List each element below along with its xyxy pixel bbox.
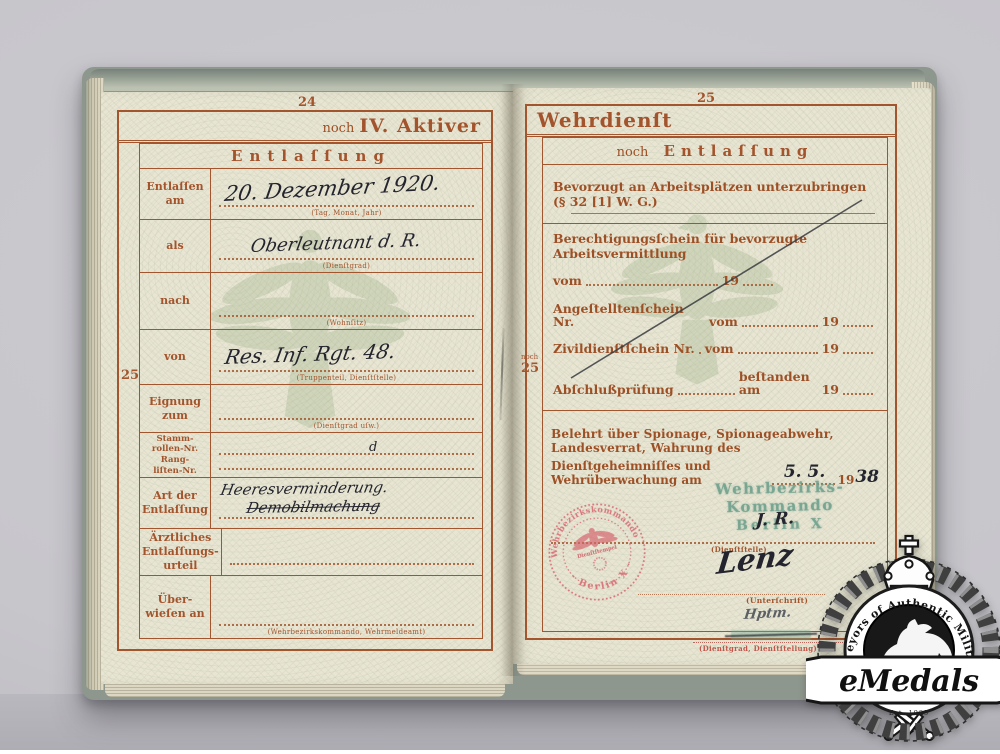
page-number-left: 24 — [101, 95, 513, 110]
row-sublabel: (Tag, Monat, Jahr) — [211, 209, 482, 217]
dotted-line — [219, 205, 474, 207]
field-row-vom: vom 19 — [553, 274, 877, 288]
dotted-leader — [586, 284, 718, 286]
emedals-watermark: Purveyors of Authentic Militaria eMedals… — [806, 534, 1000, 750]
logo-brand: eMedals — [839, 664, 979, 699]
table-row-ueberwiesen-an: Über- wieſen an (Wehrbezirkskommando, We… — [140, 575, 482, 638]
banner-ribbon: eMedals — [806, 657, 1000, 703]
svg-text:· Berlin X ·: · Berlin X · — [567, 557, 641, 599]
dotted-leader — [678, 393, 735, 395]
dotted-leader — [743, 284, 773, 286]
dotted-leader — [843, 325, 873, 327]
table-row-aerztliches-urteil: Ärztliches Entlaſſungs- urteil — [140, 528, 482, 575]
left-header-band: noch IV. Aktiver — [119, 112, 491, 143]
dotted-leader — [843, 352, 873, 354]
dotted-line — [219, 370, 474, 372]
dotted-line — [219, 453, 474, 455]
intro-line: Bevorzugt an Arbeitsplätzen unterzubring… — [553, 179, 881, 209]
row-label: Art der Entlaſſung — [140, 478, 211, 528]
header-title: IV. Aktiver — [359, 115, 481, 137]
row-label: nach — [140, 273, 211, 329]
row-label: Über- wieſen an — [140, 576, 211, 638]
table-row-als: als Oberleutnant d. R. (Dienſtgrad) — [140, 219, 482, 272]
row-sublabel: (Dienſtgrad) — [211, 262, 482, 270]
handwritten-entry: Heeresverminderung. — [219, 478, 390, 499]
table-row-nach: nach (Wohnſitz) — [140, 272, 482, 329]
field-row-angestelltenschein: Angeſtelltenſchein Nr. vom 19 — [553, 302, 877, 330]
belehrt-line1: Belehrt über Spionage, Spionageabwehr, L… — [551, 427, 883, 455]
table-row-art-der-entlassung: Art der Entlaſſung Heeresverminderung. D… — [140, 477, 482, 528]
cert-heading: Berechtigungsſchein für bevorzugte Arbei… — [553, 231, 877, 261]
left-page-frame: noch IV. Aktiver Entlaſſung Entlaſſen am… — [117, 110, 493, 651]
unterschrift-label: (Unterſchrift) — [746, 596, 808, 605]
dotted-line — [219, 517, 474, 519]
section-title-band: noch Entlaſſung — [543, 138, 887, 165]
row-label: von — [140, 330, 211, 384]
initials-handwriting: J. R. — [755, 508, 795, 531]
stamp-fragment-struck — [731, 630, 811, 640]
dotted-leader — [699, 352, 701, 354]
dotted-line — [638, 594, 825, 595]
dotted-leader — [738, 352, 818, 354]
red-stamp-ring-bottom: · Berlin X · — [567, 557, 641, 599]
logo-established: Est. 1985 — [889, 709, 929, 717]
rule-line — [571, 213, 875, 214]
cell-bevorzugt: Bevorzugt an Arbeitsplätzen unterzubring… — [543, 165, 887, 223]
field-row-abschlussprufung: Abſchlußprüfung beſtanden am 19 — [553, 370, 877, 398]
dienstgrad-label: (Dienſtgrad, Dienſtſtellung) — [699, 644, 817, 653]
row-sublabel: (Truppenteil, Dienſtſtelle) — [211, 374, 482, 382]
table-row-entlassen-am: Entlaſſen am 20. Dezember 1920. (Tag, Mo… — [140, 168, 482, 219]
row-sublabel: (Dienſtgrad uſw.) — [211, 422, 482, 430]
row-label: Entlaſſen am — [140, 169, 211, 219]
dotted-line — [219, 468, 474, 470]
row-label: als — [140, 220, 211, 272]
discharge-table: Entlaſſung Entlaſſen am 20. Dezember 192… — [139, 143, 483, 639]
row-label: Stamm- rollen-Nr. Rang- liſten-Nr. — [140, 433, 211, 477]
dotted-leader — [742, 325, 818, 327]
dotted-line — [219, 315, 474, 317]
row-label: Eignung zum — [140, 385, 211, 432]
handwritten-mark: d — [369, 440, 377, 455]
dotted-line — [219, 624, 474, 626]
cell-berechtigungsschein: Berechtigungsſchein für bevorzugte Arbei… — [543, 223, 887, 410]
right-header-band: Wehrdienſt — [527, 106, 895, 137]
dotted-line — [230, 563, 474, 565]
rank-handwriting: Hptm. — [743, 604, 792, 623]
photo-background: 24 25 noch IV. — [0, 0, 1000, 750]
handwritten-entry-struck: Demobilmachung — [245, 497, 382, 517]
table-row-eignung: Eignung zum (Dienſtgrad uſw.) — [140, 384, 482, 432]
header-prefix: noch — [322, 121, 354, 136]
table-row-stammrollen: Stamm- rollen-Nr. Rang- liſten-Nr. d — [140, 432, 482, 477]
dotted-leader — [843, 393, 873, 395]
dotted-line — [219, 418, 474, 420]
handwritten-entry: Res. Inf. Rgt. 48. — [223, 339, 398, 369]
page-left: 24 25 noch IV. — [101, 92, 513, 684]
page-edge-bottom-left — [105, 682, 505, 697]
section-title: Entlaſſung — [140, 144, 482, 168]
row-sublabel: (Wohnſitz) — [211, 319, 482, 327]
row-label: Ärztliches Entlaſſungs- urteil — [140, 529, 222, 575]
table-row-von: von Res. Inf. Rgt. 48. (Truppenteil, Die… — [140, 329, 482, 384]
dotted-line — [219, 258, 474, 260]
header-title: Wehrdienſt — [537, 108, 672, 132]
handwritten-entry: Oberleutnant d. R. — [249, 230, 423, 257]
field-row-zivildienstschein: Zivildienſtſchein Nr. vom 19 — [553, 342, 877, 356]
handwritten-entry: 20. Dezember 1920. — [223, 170, 442, 206]
row-sublabel: (Wehrbezirkskommando, Wehrmeldeamt) — [211, 628, 482, 636]
